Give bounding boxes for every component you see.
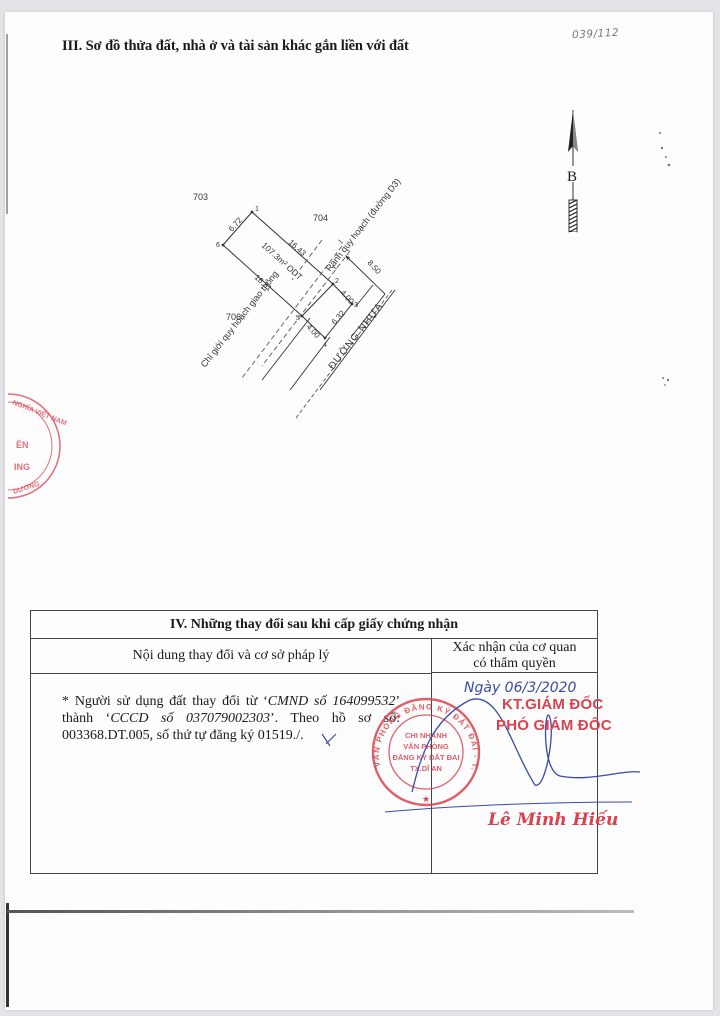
signer-title-2: PHÓ GIÁM ĐỐC <box>496 717 612 734</box>
seal-line3: ĐĂNG KÝ ĐẤT ĐAI <box>392 752 459 762</box>
signer-name: Lê Minh Hiếu <box>488 810 618 830</box>
signer-title-1: KT.GIÁM ĐỐC <box>502 696 603 713</box>
seal-outer-text: VĂN PHÒNG ĐĂNG KÝ ĐẤT ĐAI - T.BÌNH DƯƠNG <box>0 0 480 772</box>
seal-line4: TX.DĨ AN <box>410 764 442 773</box>
svg-text:★: ★ <box>422 794 430 804</box>
official-seal: VĂN PHÒNG ĐĂNG KÝ ĐẤT ĐAI - T.BÌNH DƯƠNG… <box>0 0 480 805</box>
signature-overlay: VĂN PHÒNG ĐĂNG KÝ ĐẤT ĐAI - T.BÌNH DƯƠNG… <box>0 0 720 1016</box>
svg-text:VĂN PHÒNG ĐĂNG KÝ ĐẤT ĐAI - T.: VĂN PHÒNG ĐĂNG KÝ ĐẤT ĐAI - T.BÌNH DƯƠNG <box>0 0 480 772</box>
seal-line1: CHI NHÁNH <box>405 731 447 740</box>
handwritten-date: Ngày 06/3/2020 <box>464 680 576 696</box>
